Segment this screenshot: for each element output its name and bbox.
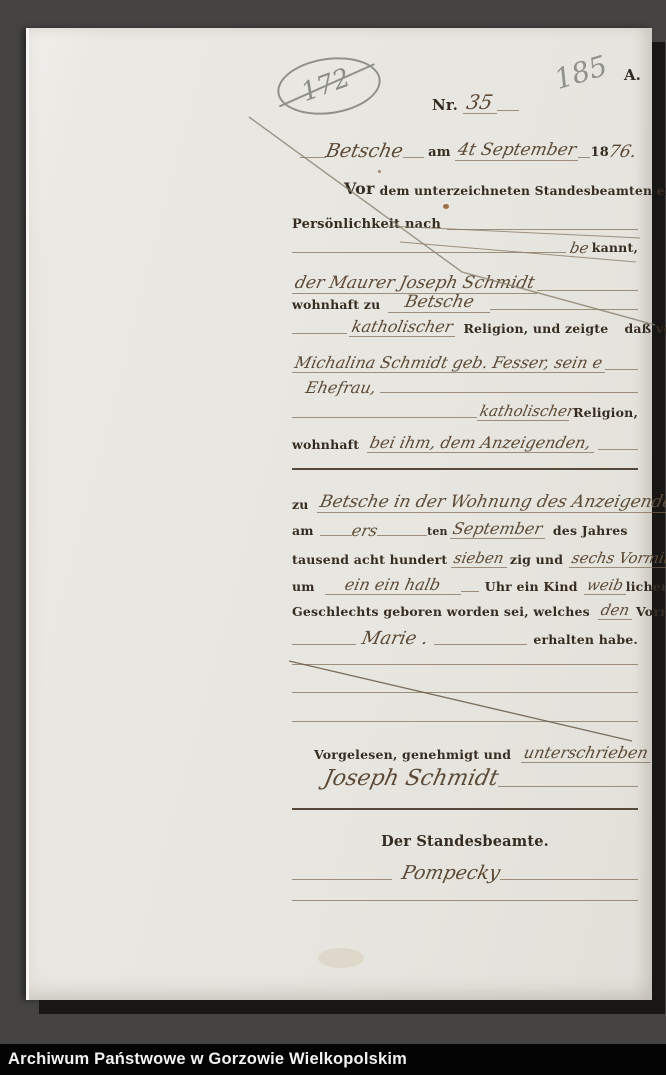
register-page <box>26 28 652 1000</box>
record-number: Nr. 35 <box>432 92 519 115</box>
footer-bar: Archiwum Państwowe w Gorzowie Wielkopols… <box>0 1044 666 1075</box>
record-number-label: Nr. <box>432 97 458 114</box>
record-number-value: 35 <box>465 92 495 112</box>
corner-letter: A. <box>624 66 641 84</box>
archive-watermark-label: Archiwum Państwowe w Gorzowie Wielkopols… <box>8 1050 407 1069</box>
document-scan: 172 185 A. Nr. 35 Betscheam4t September1… <box>0 0 666 1075</box>
ruled-line <box>497 110 519 111</box>
